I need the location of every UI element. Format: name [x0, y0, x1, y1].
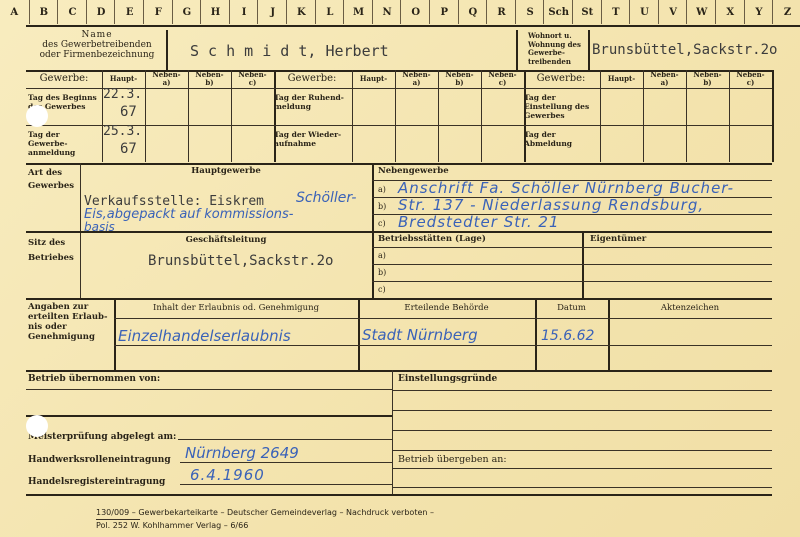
divider: [26, 163, 772, 165]
divider: [274, 70, 276, 162]
alphabet-tab-v: V: [658, 0, 688, 24]
alphabet-tab-l: L: [315, 0, 345, 24]
date-row-label: Tag der Wieder- aufnahme: [274, 130, 350, 148]
handwerksrolle-label: Handwerksrolleneintragung: [28, 456, 171, 465]
divider: [522, 125, 772, 126]
alphabet-tab-k: K: [286, 0, 316, 24]
divider: [26, 389, 392, 390]
divider: [114, 318, 772, 319]
column-header: Haupt-: [352, 75, 395, 83]
name-value: S c h m i d t, Herbert: [190, 42, 389, 60]
alphabet-tab-s: S: [515, 0, 545, 24]
gewerbe-header: Gewerbe:: [522, 74, 600, 83]
footer-line-2: Pol. 252 W. Kohlhammer Verlag – 6/66: [96, 521, 248, 530]
alphabet-tab-st: St: [572, 0, 602, 24]
divider: [772, 70, 774, 162]
divider: [352, 70, 353, 162]
nebengewerbe-marker: b): [378, 202, 386, 211]
column-header: Neben-b): [438, 71, 481, 87]
col-aktenzeichen-header: Aktenzeichen: [608, 304, 772, 313]
alphabet-tab-q: Q: [458, 0, 488, 24]
column-header: Haupt-: [600, 75, 643, 83]
alphabet-tab-t: T: [601, 0, 631, 24]
column-header: Neben-b): [686, 71, 729, 87]
column-header-text: b): [188, 79, 231, 87]
erlaubnis-label: Angaben zur erteilten Erlaub- nis oder G…: [28, 302, 108, 342]
betrieb-uebernommen-label: Betrieb übernommen von:: [28, 375, 160, 384]
alphabet-tab-p: P: [429, 0, 459, 24]
handelsregister-value: 6.4.1960: [190, 466, 265, 484]
alphabet-tab-sch: Sch: [543, 0, 573, 24]
footer-line-1: 130/009 – Gewerbekarteikarte – Deutscher…: [96, 508, 434, 517]
haupt-date-year: 67: [120, 141, 137, 157]
date-row-label: Tag der Abmeldung: [524, 130, 598, 148]
erlaubnis-inhalt-value: Einzelhandelserlaubnis: [118, 327, 291, 345]
column-header-text: b): [438, 79, 481, 87]
geschaeftsleitung-header: Geschäftsleitung: [80, 236, 372, 245]
column-header-text: b): [686, 79, 729, 87]
divider: [26, 125, 274, 126]
column-header-text: Haupt-: [600, 75, 643, 83]
divider: [272, 88, 524, 89]
divider: [392, 468, 772, 469]
divider: [26, 25, 800, 27]
divider: [372, 264, 772, 265]
eigentuemer-header: Eigentümer: [590, 235, 646, 244]
column-header: Neben-c): [231, 71, 274, 87]
alphabet-tab-w: W: [686, 0, 716, 24]
column-header: Neben-b): [188, 71, 231, 87]
nebengewerbe-marker: a): [378, 185, 386, 194]
alphabet-tab-r: R: [486, 0, 516, 24]
gewerbe-header: Gewerbe:: [272, 74, 352, 83]
meisterpruefung-label: Meisterprüfung abgelegt am:: [28, 433, 176, 442]
column-header: Neben-a): [395, 71, 438, 87]
divider: [180, 484, 392, 485]
divider: [600, 70, 601, 162]
divider: [392, 370, 393, 494]
haupt-date-value: 22.3.: [103, 87, 142, 102]
column-header: Neben-c): [729, 71, 772, 87]
column-header-text: c): [729, 79, 772, 87]
haupt-date-year: 67: [120, 104, 137, 120]
punch-hole-bottom: [26, 415, 48, 437]
column-header: Neben-a): [643, 71, 686, 87]
column-header-text: a): [395, 79, 438, 87]
erlaubnis-behoerde-value: Stadt Nürnberg: [362, 326, 478, 344]
alphabet-tab-j: J: [257, 0, 287, 24]
divider: [26, 494, 772, 496]
alphabet-tab-a: A: [0, 0, 29, 24]
divider: [26, 298, 772, 300]
betriebsstaetten-header: Betriebsstätten (Lage): [378, 235, 486, 244]
col-inhalt-header: Inhalt der Erlaubnis od. Genehmigung: [114, 304, 358, 313]
geschaeftsleitung-value: Brunsbüttel,Sackstr.2o: [148, 253, 333, 269]
alphabet-tab-strip: ABCDEFGHIJKLMNOPQRSSchStTUVWXYZ: [0, 0, 800, 26]
sitz-des-betriebes-label: Sitz des Betriebes: [28, 236, 74, 266]
alphabet-tab-y: Y: [744, 0, 774, 24]
alphabet-tab-m: M: [343, 0, 373, 24]
column-header-text: a): [643, 79, 686, 87]
date-row-label: Tag der Ruhend- meldung: [274, 93, 350, 111]
divider: [180, 462, 392, 463]
nebengewerbe-marker: c): [378, 219, 386, 228]
divider: [26, 415, 392, 417]
date-row-label: Tag der Gewerbe- anmeldung: [28, 130, 100, 157]
column-header: Neben-a): [145, 71, 188, 87]
column-header: Neben-c): [481, 71, 524, 87]
hauptgewerbe-handwritten-1: Schöller-: [296, 190, 356, 206]
alphabet-tab-c: C: [57, 0, 87, 24]
divider: [392, 487, 772, 488]
divider: [102, 70, 103, 162]
divider: [481, 70, 482, 162]
betriebsstaette-marker: a): [378, 251, 386, 260]
erlaubnis-datum-value: 15.6.62: [541, 328, 594, 344]
divider: [114, 345, 772, 346]
residence-label: Wohnort u. Wohnung des Gewerbe- treibend…: [528, 32, 581, 66]
alphabet-tab-h: H: [200, 0, 230, 24]
column-header-text: c): [481, 79, 524, 87]
divider: [686, 70, 687, 162]
betriebsstaette-marker: c): [378, 285, 386, 294]
nebengewerbe-value: Anschrift Fa. Schöller Nürnberg Bucher-: [398, 179, 734, 197]
residence-value: Brunsbüttel,Sackstr.2o: [592, 42, 777, 58]
alphabet-tab-x: X: [715, 0, 745, 24]
divider: [145, 70, 146, 162]
divider: [588, 30, 590, 70]
alphabet-tab-i: I: [229, 0, 259, 24]
alphabet-tab-b: B: [29, 0, 59, 24]
divider: [392, 430, 772, 431]
date-row-label: Tag der Einstellung des Gewerbes: [524, 93, 598, 120]
divider: [272, 125, 524, 126]
alphabet-tab-d: D: [86, 0, 116, 24]
alphabet-tab-z: Z: [772, 0, 800, 24]
alphabet-tab-f: F: [143, 0, 173, 24]
divider: [438, 70, 439, 162]
divider: [231, 70, 232, 162]
divider: [26, 370, 772, 372]
column-header-text: Haupt-: [102, 75, 145, 83]
column-header-text: c): [231, 79, 274, 87]
col-datum-header: Datum: [535, 304, 608, 313]
divider: [166, 30, 168, 70]
alphabet-tab-o: O: [400, 0, 430, 24]
divider: [392, 390, 772, 391]
divider: [26, 231, 772, 233]
trade-register-index-card: ABCDEFGHIJKLMNOPQRSSchStTUVWXYZ Name des…: [0, 0, 800, 537]
alphabet-tab-e: E: [114, 0, 144, 24]
haupt-date-value: 25.3.: [103, 124, 142, 139]
name-label: Name des Gewerbetreibenden oder Firmenbe…: [28, 30, 166, 60]
einstellungsgruende-label: Einstellungsgründe: [398, 375, 497, 384]
betriebsstaette-marker: b): [378, 268, 386, 277]
punch-hole-top: [26, 105, 48, 127]
betrieb-uebergeben-label: Betrieb übergeben an:: [398, 455, 507, 464]
handelsregister-label: Handelsregistereintragung: [28, 478, 165, 487]
handwerksrolle-value: Nürnberg 2649: [185, 444, 299, 462]
nebengewerbe-header: Nebengewerbe: [378, 167, 449, 176]
nebengewerbe-value: Str. 137 - Niederlassung Rendsburg,: [398, 196, 704, 214]
alphabet-tab-g: G: [172, 0, 202, 24]
divider: [522, 88, 772, 89]
column-header: Haupt-: [102, 75, 145, 83]
divider: [96, 519, 140, 520]
art-des-gewerbes-label: Art des Gewerbes: [28, 167, 74, 193]
divider: [188, 70, 189, 162]
divider: [372, 247, 772, 248]
divider: [395, 70, 396, 162]
column-header-text: Haupt-: [352, 75, 395, 83]
divider: [729, 70, 730, 162]
hauptgewerbe-handwritten-2: Eis,abgepackt auf kommissions-: [84, 207, 293, 222]
alphabet-tab-n: N: [372, 0, 402, 24]
column-header-text: a): [145, 79, 188, 87]
divider: [392, 450, 772, 451]
divider: [643, 70, 644, 162]
col-behoerde-header: Erteilende Behörde: [358, 304, 535, 313]
divider: [178, 439, 392, 440]
divider: [392, 410, 772, 411]
nebengewerbe-value: Bredstedter Str. 21: [398, 213, 560, 231]
divider: [516, 30, 518, 70]
gewerbe-header: Gewerbe:: [26, 74, 102, 83]
alphabet-tab-u: U: [629, 0, 659, 24]
divider: [372, 281, 772, 282]
divider: [26, 88, 274, 89]
hauptgewerbe-header: Hauptgewerbe: [80, 167, 372, 176]
